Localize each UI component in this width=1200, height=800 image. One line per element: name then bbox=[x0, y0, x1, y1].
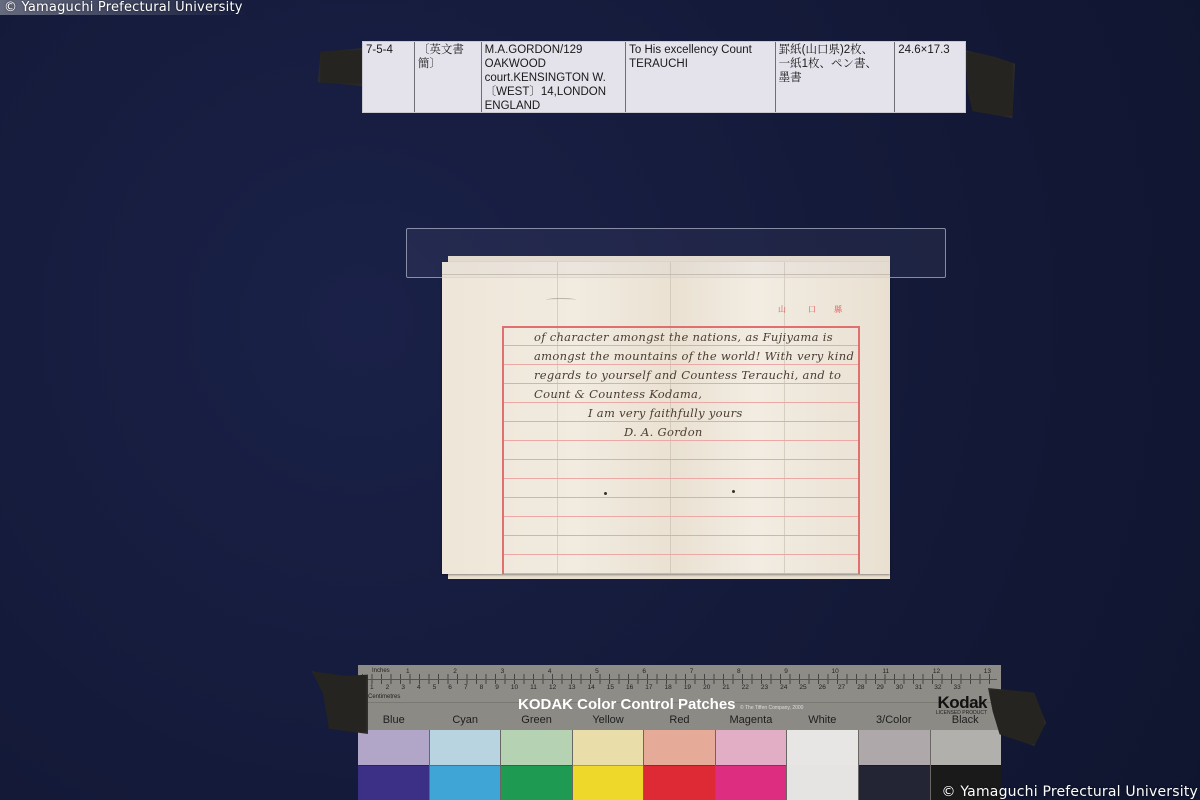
cm-number: 1 bbox=[370, 684, 374, 691]
patch-dark bbox=[787, 765, 858, 800]
pencil-mark bbox=[546, 298, 576, 302]
inch-number: 3 bbox=[501, 668, 505, 675]
catalog-material: 罫紙(山口県)2枚、 一紙1枚、ペン書、 墨書 bbox=[776, 42, 896, 112]
ruled-line bbox=[504, 364, 858, 365]
patch-dark bbox=[859, 765, 930, 800]
cm-number: 10 bbox=[511, 684, 518, 691]
letterhead-char: 口 bbox=[808, 304, 816, 315]
cm-number: 5 bbox=[433, 684, 437, 691]
inch-number: 13 bbox=[984, 668, 991, 675]
patch-green bbox=[500, 730, 572, 800]
ruler-centimetres-label: Centimetres bbox=[368, 694, 400, 700]
cm-number: 19 bbox=[684, 684, 691, 691]
ruled-line bbox=[504, 345, 858, 346]
cm-number: 20 bbox=[703, 684, 710, 691]
letterhead-char: 山 bbox=[778, 304, 786, 315]
cm-number: 28 bbox=[857, 684, 864, 691]
ruled-line bbox=[504, 497, 858, 498]
handwritten-line: amongst the mountains of the world! With… bbox=[534, 349, 854, 363]
cm-number: 18 bbox=[665, 684, 672, 691]
inch-number: 10 bbox=[832, 668, 839, 675]
patch-label-magenta: Magenta bbox=[715, 714, 786, 728]
ruled-line bbox=[504, 421, 858, 422]
patch-blue bbox=[358, 730, 429, 800]
patch-light bbox=[716, 730, 787, 765]
patch-light bbox=[501, 730, 572, 765]
patch-dark bbox=[644, 765, 715, 800]
patch-dark bbox=[573, 765, 644, 800]
tape-card-left bbox=[312, 668, 368, 734]
patch-light bbox=[358, 730, 429, 765]
patch-3color bbox=[858, 730, 930, 800]
ruled-line bbox=[504, 383, 858, 384]
cm-number: 12 bbox=[549, 684, 556, 691]
patch-dark bbox=[501, 765, 572, 800]
tape-label-left bbox=[318, 48, 364, 86]
catalog-category: 〔英文書 簡〕 bbox=[415, 42, 482, 112]
patch-dark bbox=[358, 765, 429, 800]
inch-number: 1 bbox=[406, 668, 410, 675]
ruled-line bbox=[504, 440, 858, 441]
cm-number: 30 bbox=[896, 684, 903, 691]
patch-light bbox=[573, 730, 644, 765]
cm-number: 7 bbox=[464, 684, 468, 691]
cm-number: 26 bbox=[819, 684, 826, 691]
cm-number: 6 bbox=[448, 684, 452, 691]
patch-label-3color: 3/Color bbox=[858, 714, 929, 728]
copyright-watermark-bottom: © Yamaguchi Prefectural University bbox=[942, 784, 1199, 800]
patch-light bbox=[859, 730, 930, 765]
patch-yellow bbox=[572, 730, 644, 800]
ruled-line bbox=[504, 516, 858, 517]
cm-number: 15 bbox=[607, 684, 614, 691]
patch-light bbox=[644, 730, 715, 765]
catalog-dimensions: 24.6×17.3 bbox=[895, 42, 965, 112]
ruler-inch-numbers: 1 2 3 4 5 6 7 8 9 10 11 12 13 bbox=[406, 668, 991, 675]
cm-number: 9 bbox=[495, 684, 499, 691]
inch-number: 4 bbox=[548, 668, 552, 675]
kodak-color-card: Inches 1 2 3 4 5 6 7 8 9 10 11 12 13 1 2… bbox=[358, 665, 1001, 800]
cm-number: 16 bbox=[626, 684, 633, 691]
patch-red bbox=[643, 730, 715, 800]
handwritten-line: Count & Countess Kodama, bbox=[534, 387, 702, 401]
patch-light bbox=[430, 730, 501, 765]
patch-light bbox=[787, 730, 858, 765]
cm-number: 8 bbox=[480, 684, 484, 691]
inch-number: 2 bbox=[453, 668, 457, 675]
patch-label-black: Black bbox=[930, 714, 1001, 728]
handwritten-signature: D. A. Gordon bbox=[624, 425, 703, 439]
cm-number: 27 bbox=[838, 684, 845, 691]
cm-number: 29 bbox=[876, 684, 883, 691]
catalog-label: 7-5-4 〔英文書 簡〕 M.A.GORDON/129 OAKWOOD cou… bbox=[362, 41, 966, 113]
inch-number: 5 bbox=[595, 668, 599, 675]
patch-labels: Blue Cyan Green Yellow Red Magenta White… bbox=[358, 714, 1001, 728]
cm-number: 23 bbox=[761, 684, 768, 691]
patch-white bbox=[786, 730, 858, 800]
cm-number: 31 bbox=[915, 684, 922, 691]
tape-label-right bbox=[965, 50, 1015, 118]
patch-dark bbox=[430, 765, 501, 800]
pinhole bbox=[732, 490, 735, 493]
patch-dark bbox=[716, 765, 787, 800]
kodak-card-copyright: © The Tiffen Company, 2000 bbox=[740, 705, 803, 711]
cm-number: 24 bbox=[780, 684, 787, 691]
catalog-recipient: To His excellency Count TERAUCHI bbox=[626, 42, 775, 112]
cm-number: 32 bbox=[934, 684, 941, 691]
cm-number: 3 bbox=[401, 684, 405, 691]
cm-number: 11 bbox=[530, 684, 537, 691]
patch-cyan bbox=[429, 730, 501, 800]
handwritten-line: of character amongst the nations, as Fuj… bbox=[534, 330, 833, 344]
patch-label-green: Green bbox=[501, 714, 572, 728]
kodak-card-title: KODAK Color Control Patches bbox=[518, 696, 736, 713]
cm-number: 4 bbox=[417, 684, 421, 691]
patch-label-white: White bbox=[787, 714, 858, 728]
ruler-inches-label: Inches bbox=[372, 668, 390, 674]
acrylic-holder-strip bbox=[406, 228, 946, 278]
cm-number: 25 bbox=[799, 684, 806, 691]
catalog-sender: M.A.GORDON/129 OAKWOOD court.KENSINGTON … bbox=[482, 42, 627, 112]
cm-number: 22 bbox=[742, 684, 749, 691]
cm-number: 21 bbox=[722, 684, 729, 691]
inch-number: 9 bbox=[784, 668, 788, 675]
ruled-frame: of character amongst the nations, as Fuj… bbox=[502, 326, 860, 574]
inch-number: 8 bbox=[737, 668, 741, 675]
ruled-line bbox=[504, 478, 858, 479]
patch-magenta bbox=[715, 730, 787, 800]
cm-number: 33 bbox=[954, 684, 961, 691]
inch-number: 12 bbox=[933, 668, 940, 675]
ruled-line bbox=[504, 402, 858, 403]
letterhead-char: 縣 bbox=[834, 304, 842, 315]
inch-number: 7 bbox=[690, 668, 694, 675]
cm-number: 13 bbox=[568, 684, 575, 691]
patch-light bbox=[931, 730, 1002, 765]
ruled-line bbox=[504, 535, 858, 536]
inch-number: 11 bbox=[882, 668, 889, 675]
catalog-id: 7-5-4 bbox=[363, 42, 415, 112]
cm-number: 2 bbox=[386, 684, 390, 691]
color-patches bbox=[358, 730, 1001, 800]
copyright-watermark-top: © Yamaguchi Prefectural University bbox=[0, 0, 247, 15]
patch-label-yellow: Yellow bbox=[572, 714, 643, 728]
ruler-cm-numbers: 1 2 3 4 5 6 7 8 9 10 11 12 13 14 15 16 1… bbox=[370, 684, 961, 691]
handwritten-line: regards to yourself and Countess Terauch… bbox=[534, 368, 841, 382]
ruled-line bbox=[504, 459, 858, 460]
cm-number: 17 bbox=[645, 684, 652, 691]
ruled-line bbox=[504, 554, 858, 555]
cm-number: 14 bbox=[587, 684, 594, 691]
ruled-line bbox=[504, 573, 858, 574]
letter-page: 山 口 縣 of character amongst the nations, … bbox=[442, 262, 890, 574]
patch-label-red: Red bbox=[644, 714, 715, 728]
handwritten-closing: I am very faithfully yours bbox=[588, 406, 743, 420]
ruler-scale-line bbox=[362, 679, 997, 680]
inch-number: 6 bbox=[642, 668, 646, 675]
patch-label-cyan: Cyan bbox=[429, 714, 500, 728]
pinhole bbox=[604, 492, 607, 495]
patch-label-blue: Blue bbox=[358, 714, 429, 728]
